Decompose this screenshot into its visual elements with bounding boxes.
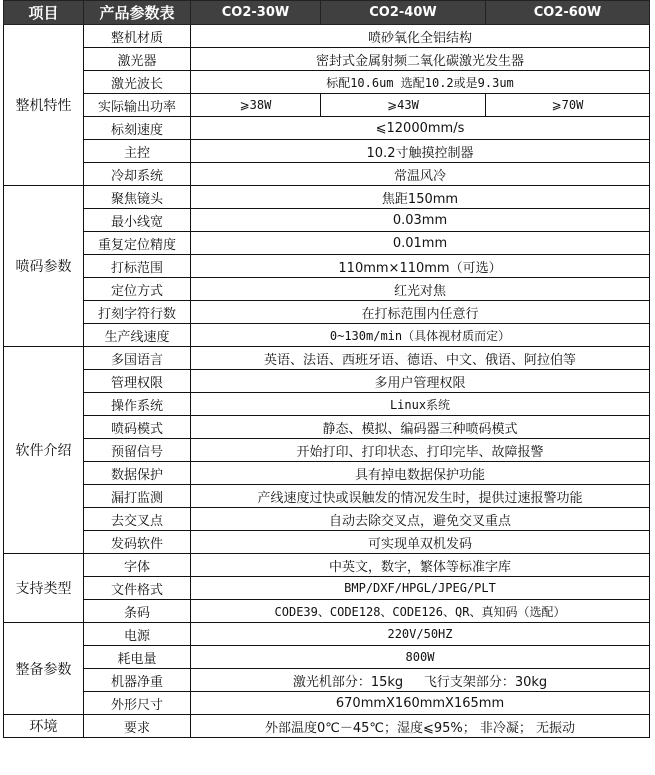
param-value: ⩽12000mm/s <box>191 117 650 140</box>
param-value: 标配10.6um 选配10.2或是9.3um <box>191 71 650 94</box>
param-value: 密封式金属射频二氧化碳激光发生器 <box>191 48 650 71</box>
table-row: 耗电量 800W <box>4 646 650 669</box>
param-value: 多用户管理权限 <box>191 370 650 393</box>
table-row: 喷码参数 聚焦镜头 焦距150mm <box>4 186 650 209</box>
table-row: 重复定位精度 0.01mm <box>4 232 650 255</box>
param-value: 开始打印、打印状态、打印完毕、故障报警 <box>191 439 650 462</box>
table-row: 条码 CODE39、CODE128、CODE126、QR、真知码（选配） <box>4 600 650 623</box>
table-row: 主控 10.2寸触摸控制器 <box>4 140 650 163</box>
param-value-40w: ⩾43W <box>321 94 486 117</box>
group-label: 整机特性 <box>4 25 84 186</box>
param-value: 焦距150mm <box>191 186 650 209</box>
param-value: 670mmX160mmX165mm <box>191 692 650 715</box>
table-row: 环境 要求 外部温度0℃－45℃；湿度⩽95%； 非冷凝； 无振动 <box>4 715 650 738</box>
table-row: 管理权限 多用户管理权限 <box>4 370 650 393</box>
table-row: 机器净重 激光机部分：15kg 飞行支架部分：30kg <box>4 669 650 692</box>
table-row: 激光器 密封式金属射频二氧化碳激光发生器 <box>4 48 650 71</box>
header-model-60w: CO2-60W <box>486 1 650 25</box>
param-value: 红光对焦 <box>191 278 650 301</box>
param-value: 外部温度0℃－45℃；湿度⩽95%； 非冷凝； 无振动 <box>191 715 650 738</box>
table-row: 标刻速度 ⩽12000mm/s <box>4 117 650 140</box>
group-label: 喷码参数 <box>4 186 84 347</box>
param-label: 激光波长 <box>84 71 191 94</box>
param-value: 激光机部分：15kg 飞行支架部分：30kg <box>191 669 650 692</box>
param-label: 重复定位精度 <box>84 232 191 255</box>
param-label: 最小线宽 <box>84 209 191 232</box>
table-row: 软件介绍 多国语言 英语、法语、西班牙语、德语、中文、俄语、阿拉伯等 <box>4 347 650 370</box>
param-value: 静态、模拟、编码器三种喷码模式 <box>191 416 650 439</box>
param-label: 字体 <box>84 554 191 577</box>
param-label: 多国语言 <box>84 347 191 370</box>
param-label: 聚焦镜头 <box>84 186 191 209</box>
table-row: 整机特性 整机材质 喷砂氧化全铝结构 <box>4 25 650 48</box>
param-value: 110mm×110mm（可选） <box>191 255 650 278</box>
table-row: 冷却系统 常温风冷 <box>4 163 650 186</box>
param-value: 自动去除交叉点，避免交叉重点 <box>191 508 650 531</box>
param-label: 管理权限 <box>84 370 191 393</box>
header-item: 项目 <box>4 1 84 25</box>
group-label: 软件介绍 <box>4 347 84 554</box>
table-row: 去交叉点 自动去除交叉点，避免交叉重点 <box>4 508 650 531</box>
param-value: BMP/DXF/HPGL/JPEG/PLT <box>191 577 650 600</box>
param-value: 具有掉电数据保护功能 <box>191 462 650 485</box>
product-spec-table: 项目 产品参数表 CO2-30W CO2-40W CO2-60W 整机特性 整机… <box>3 0 650 738</box>
param-label: 耗电量 <box>84 646 191 669</box>
header-param: 产品参数表 <box>84 1 191 25</box>
param-value-60w: ⩾70W <box>486 94 650 117</box>
table-row: 定位方式 红光对焦 <box>4 278 650 301</box>
param-label: 标刻速度 <box>84 117 191 140</box>
param-value: 10.2寸触摸控制器 <box>191 140 650 163</box>
table-row: 整备参数 电源 220V/50HZ <box>4 623 650 646</box>
param-label: 要求 <box>84 715 191 738</box>
param-value: 中英文，数字，繁体等标准字库 <box>191 554 650 577</box>
param-value-30w: ⩾38W <box>191 94 321 117</box>
param-label: 外形尺寸 <box>84 692 191 715</box>
param-value: 0.01mm <box>191 232 650 255</box>
table-row: 打刻字符行数 在打标范围内任意行 <box>4 301 650 324</box>
param-value: 800W <box>191 646 650 669</box>
table-row: 发码软件 可实现单双机发码 <box>4 531 650 554</box>
param-label: 激光器 <box>84 48 191 71</box>
param-label: 去交叉点 <box>84 508 191 531</box>
param-label: 机器净重 <box>84 669 191 692</box>
param-value: Linux系统 <box>191 393 650 416</box>
param-label: 打标范围 <box>84 255 191 278</box>
param-value: CODE39、CODE128、CODE126、QR、真知码（选配） <box>191 600 650 623</box>
param-label: 喷码模式 <box>84 416 191 439</box>
table-row: 生产线速度 0~130m/min（具体视材质而定） <box>4 324 650 347</box>
header-model-40w: CO2-40W <box>321 1 486 25</box>
param-label: 文件格式 <box>84 577 191 600</box>
param-label: 发码软件 <box>84 531 191 554</box>
param-label: 漏打监测 <box>84 485 191 508</box>
param-label: 生产线速度 <box>84 324 191 347</box>
param-label: 主控 <box>84 140 191 163</box>
table-row: 文件格式 BMP/DXF/HPGL/JPEG/PLT <box>4 577 650 600</box>
param-value: 喷砂氧化全铝结构 <box>191 25 650 48</box>
param-label: 数据保护 <box>84 462 191 485</box>
table-row: 实际输出功率 ⩾38W ⩾43W ⩾70W <box>4 94 650 117</box>
group-label: 支持类型 <box>4 554 84 623</box>
param-value: 在打标范围内任意行 <box>191 301 650 324</box>
param-value: 产线速度过快或误触发的情况发生时，提供过速报警功能 <box>191 485 650 508</box>
table-row: 最小线宽 0.03mm <box>4 209 650 232</box>
param-label: 电源 <box>84 623 191 646</box>
table-row: 激光波长 标配10.6um 选配10.2或是9.3um <box>4 71 650 94</box>
param-label: 预留信号 <box>84 439 191 462</box>
header-row: 项目 产品参数表 CO2-30W CO2-40W CO2-60W <box>4 1 650 25</box>
param-label: 实际输出功率 <box>84 94 191 117</box>
param-value: 220V/50HZ <box>191 623 650 646</box>
param-value: 0.03mm <box>191 209 650 232</box>
table-row: 支持类型 字体 中英文，数字，繁体等标准字库 <box>4 554 650 577</box>
param-label: 条码 <box>84 600 191 623</box>
table-row: 喷码模式 静态、模拟、编码器三种喷码模式 <box>4 416 650 439</box>
table-row: 数据保护 具有掉电数据保护功能 <box>4 462 650 485</box>
param-label: 打刻字符行数 <box>84 301 191 324</box>
table-row: 预留信号 开始打印、打印状态、打印完毕、故障报警 <box>4 439 650 462</box>
table-row: 打标范围 110mm×110mm（可选） <box>4 255 650 278</box>
header-model-30w: CO2-30W <box>191 1 321 25</box>
param-label: 整机材质 <box>84 25 191 48</box>
table-row: 操作系统 Linux系统 <box>4 393 650 416</box>
table-row: 漏打监测 产线速度过快或误触发的情况发生时，提供过速报警功能 <box>4 485 650 508</box>
param-label: 操作系统 <box>84 393 191 416</box>
param-value: 0~130m/min（具体视材质而定） <box>191 324 650 347</box>
param-value: 英语、法语、西班牙语、德语、中文、俄语、阿拉伯等 <box>191 347 650 370</box>
table-row: 外形尺寸 670mmX160mmX165mm <box>4 692 650 715</box>
param-label: 定位方式 <box>84 278 191 301</box>
group-label: 环境 <box>4 715 84 738</box>
group-label: 整备参数 <box>4 623 84 715</box>
param-label: 冷却系统 <box>84 163 191 186</box>
param-value: 常温风冷 <box>191 163 650 186</box>
param-value: 可实现单双机发码 <box>191 531 650 554</box>
